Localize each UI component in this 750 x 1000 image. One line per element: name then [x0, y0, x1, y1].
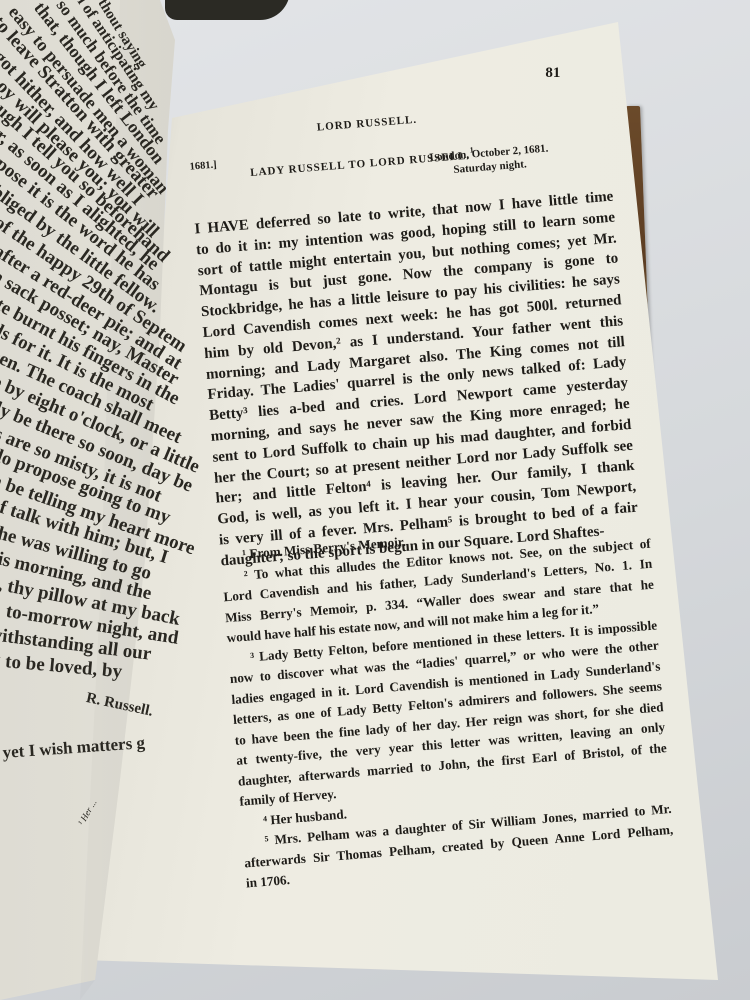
letter-body: I HAVE deferred so late to write, that n…: [194, 187, 640, 572]
year-marker: 1681.]: [189, 160, 217, 173]
page-number: 81: [545, 65, 560, 82]
book-weight-object: [165, 0, 290, 20]
footnotes: ¹ From Miss Berry's Memoir. ² To what th…: [220, 513, 676, 894]
